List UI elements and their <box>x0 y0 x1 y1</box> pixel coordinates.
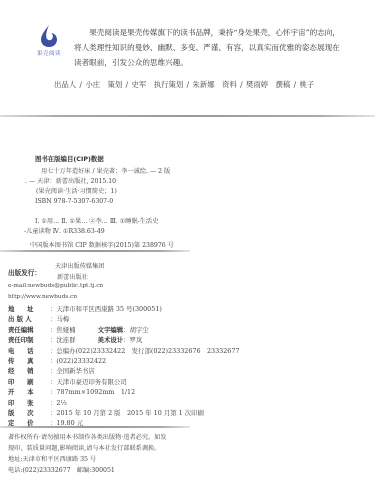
cip-title: 图书在版编目(CIP)数据 <box>35 154 104 163</box>
credits-line: 出品人 / 小庄 策划 / 史军 执行策划 / 朱新娜 资料 / 樊雨婷 撰稿 … <box>54 79 314 90</box>
info-row-edition: 版 次：2015 年 10 月第 2 版 2015 年 10 月第 1 次印刷 <box>8 408 239 418</box>
info-row-printer: 印 刷：天津市豪迈印务有限公司 <box>8 377 239 387</box>
footer-line: 现印、装质量问题,影响阅读,请与本社发行部联系调换。 <box>8 443 167 454</box>
cip-line: ISBN 978-7-5307-6307-0 <box>35 197 170 207</box>
publisher-email: e-mail:newbuds@public.tpt.tj.cn <box>8 283 103 289</box>
cip-entry: 用七十万年造好床 / 果壳著；李一诚绘. — 2 版 . — 天津：新蕾出版社,… <box>35 167 170 207</box>
footer-line: 地址:天津市和平区西康路 35 号 <box>8 454 167 465</box>
footer-line: 著作权所有·请勿擅用本书制作各类出版物·违者必究。如发 <box>8 432 167 443</box>
divider-top <box>0 115 375 117</box>
publisher-house: 新蕾出版社 <box>55 272 105 283</box>
publisher-website: http://www.newbuds.cn <box>8 294 77 300</box>
info-row-sheets: 印 张：2⅓ <box>8 398 239 408</box>
brand-logo: 果壳阅读 <box>37 24 61 62</box>
info-row-production: 责任印制：沈连群美术设计：罗岚 <box>8 335 239 345</box>
cip-line: 用七十万年造好床 / 果壳著；李一诚绘. — 2 版 <box>35 167 170 177</box>
brand-intro: 果壳阅读是果壳传媒旗下的读书品牌，秉持“身处果壳，心怀宇宙”的志向，将人类理性知… <box>74 25 344 70</box>
info-row-editors: 责任编辑：焦娅楠文字编辑：胡宇尘 <box>8 325 239 335</box>
divider-cip <box>0 250 190 252</box>
cip-line: . — 天津：新蕾出版社, 2015.10 <box>25 177 170 187</box>
info-row-fax: 传 真：(022)23332422 <box>8 356 239 366</box>
info-row-publisher: 出 版 人：马梅 <box>8 314 239 324</box>
intro-paragraph: 果壳阅读是果壳传媒旗下的读书品牌，秉持“身处果壳，心怀宇宙”的志向，将人类理性知… <box>74 25 344 70</box>
info-row-format: 开 本：787mm×1092mm 1/12 <box>8 387 239 397</box>
cip-class-line: -儿童读物 Ⅳ. ①R338.63-49 <box>24 227 158 237</box>
publisher-label: 出版发行： <box>8 267 41 277</box>
publisher-names: 天津出版传媒集团 新蕾出版社 <box>55 261 105 283</box>
cip-class-line: Ⅰ. ①用… Ⅱ. ①果… ②李… Ⅲ. ①睡眠-生活史 <box>24 217 158 227</box>
cip-line: (果壳阅读·生活·习惯简史；1) <box>35 187 170 197</box>
info-row-address: 地 址：天津市和平区西康路 35 号(300051) <box>8 304 239 314</box>
info-row-phone: 电 话：总编办(022)23332422 发行部(022)23332676 23… <box>8 346 239 356</box>
footer-line: 电话:(022)23332677 邮编:300051 <box>8 465 167 476</box>
copyright-notice: 著作权所有·请勿擅用本书制作各类出版物·违者必究。如发 现印、装质量问题,影响阅… <box>8 432 167 476</box>
logo-label: 果壳阅读 <box>37 49 61 57</box>
divider-footer <box>0 426 190 428</box>
guoke-drop-icon <box>39 24 59 48</box>
cip-classification: Ⅰ. ①用… Ⅱ. ①果… ②李… Ⅲ. ①睡眠-生活史 -儿童读物 Ⅳ. ①R… <box>24 217 158 237</box>
publication-info: 地 址：天津市和平区西康路 35 号(300051) 出 版 人：马梅 责任编辑… <box>8 304 239 429</box>
cip-record-number: 中国版本图书馆 CIP 数据核字(2015)第 238976 号 <box>30 240 174 249</box>
publisher-group: 天津出版传媒集团 <box>55 261 105 272</box>
info-row-distributor: 经 销：全国新华书店 <box>8 366 239 376</box>
